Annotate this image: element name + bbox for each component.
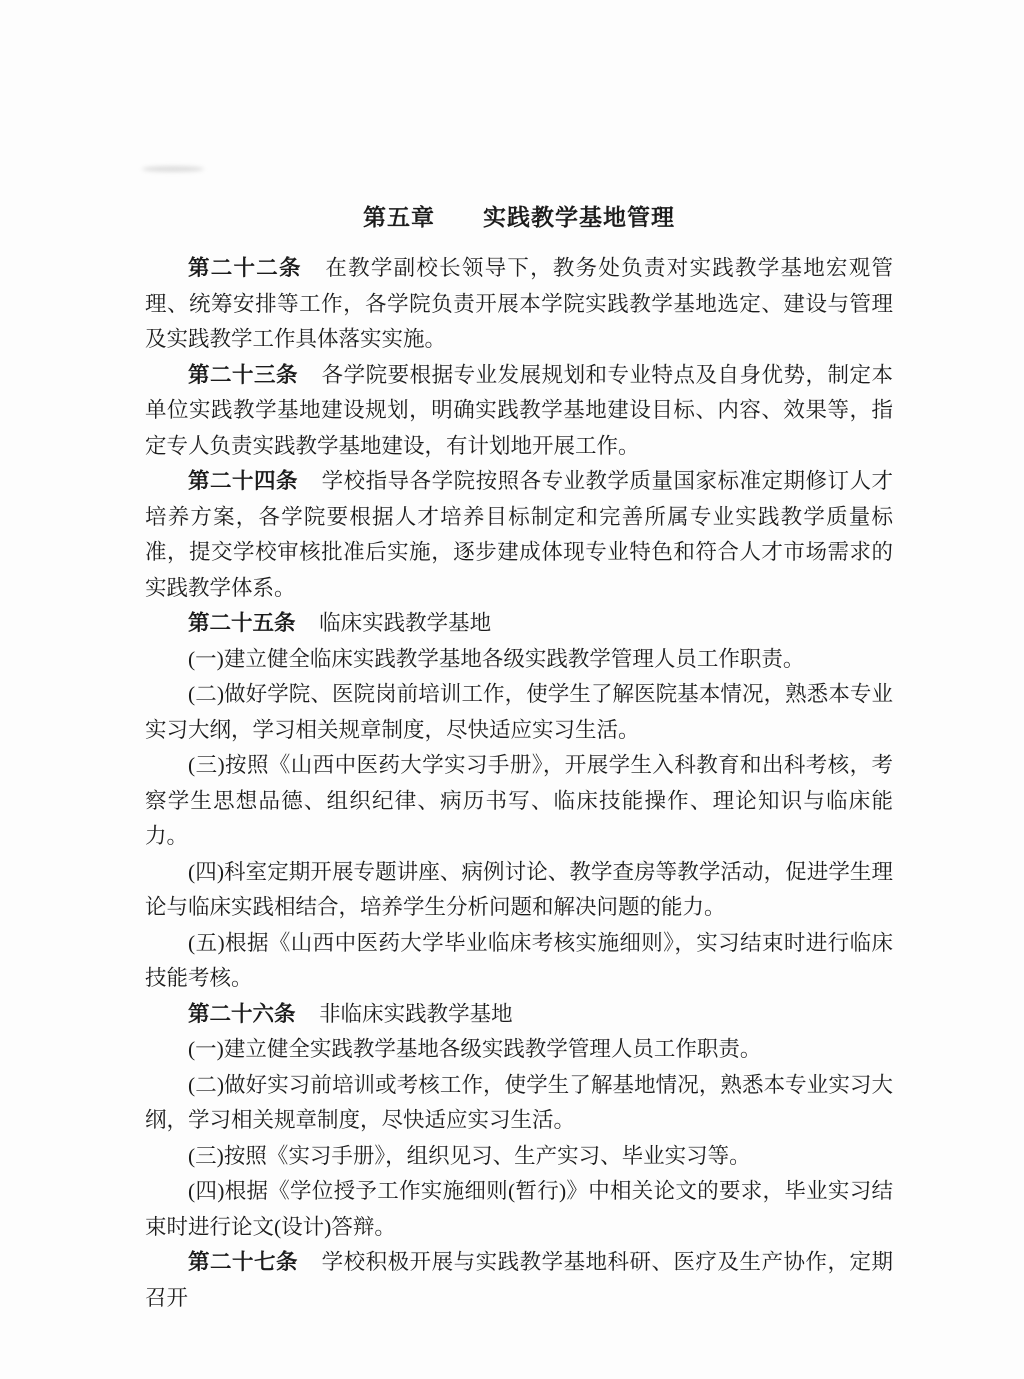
paragraph-13: (三)按照《实习手册》，组织见习、生产实习、毕业实习等。 xyxy=(145,1139,893,1175)
scanned-document-page: 第五章 实践教学基地管理 第二十二条在教学副校长领导下，教务处负责对实践教学基地… xyxy=(0,0,1024,1379)
paragraph-text: (一)建立健全临床实践教学基地各级实践教学管理人员工作职责。 xyxy=(188,647,804,671)
paragraph-5: (一)建立健全临床实践教学基地各级实践教学管理人员工作职责。 xyxy=(145,642,893,678)
document-body: 第二十二条在教学副校长领导下，教务处负责对实践教学基地宏观管理、统筹安排等工作，… xyxy=(145,251,893,1316)
paragraph-text: 临床实践教学基地 xyxy=(319,611,491,635)
paragraph-text: (三)按照《实习手册》，组织见习、生产实习、毕业实习等。 xyxy=(188,1144,751,1168)
paragraph-8: (四)科室定期开展专题讲座、病例讨论、教学查房等教学活动，促进学生理论与临床实践… xyxy=(145,855,893,926)
paragraph-11: (一)建立健全实践教学基地各级实践教学管理人员工作职责。 xyxy=(145,1032,893,1068)
paragraph-7: (三)按照《山西中医药大学实习手册》，开展学生入科教育和出科考核，考察学生思想品… xyxy=(145,748,893,855)
paragraph-6: (二)做好学院、医院岗前培训工作，使学生了解医院基本情况，熟悉本专业实习大纲，学… xyxy=(145,677,893,748)
article-number: 第二十四条 xyxy=(188,469,298,493)
scan-smudge-artifact xyxy=(142,166,204,172)
document-content: 第五章 实践教学基地管理 第二十二条在教学副校长领导下，教务处负责对实践教学基地… xyxy=(145,200,893,1316)
paragraph-1: 第二十二条在教学副校长领导下，教务处负责对实践教学基地宏观管理、统筹安排等工作，… xyxy=(145,251,893,358)
paragraph-15: 第二十七条学校积极开展与实践教学基地科研、医疗及生产协作，定期召开 xyxy=(145,1245,893,1316)
paragraph-2: 第二十三条各学院要根据专业发展规划和专业特点及自身优势，制定本单位实践教学基地建… xyxy=(145,358,893,465)
paragraph-9: (五)根据《山西中医药大学毕业临床考核实施细则》，实习结束时进行临床技能考核。 xyxy=(145,926,893,997)
paragraph-text: (一)建立健全实践教学基地各级实践教学管理人员工作职责。 xyxy=(188,1037,761,1061)
paragraph-text: (二)做好实习前培训或考核工作，使学生了解基地情况，熟悉本专业实习大纲，学习相关… xyxy=(145,1073,893,1133)
paragraph-text: (二)做好学院、医院岗前培训工作，使学生了解医院基本情况，熟悉本专业实习大纲，学… xyxy=(145,682,893,742)
article-number: 第二十二条 xyxy=(188,256,302,280)
paragraph-12: (二)做好实习前培训或考核工作，使学生了解基地情况，熟悉本专业实习大纲，学习相关… xyxy=(145,1068,893,1139)
article-number: 第二十七条 xyxy=(188,1250,298,1274)
paragraph-text: (五)根据《山西中医药大学毕业临床考核实施细则》，实习结束时进行临床技能考核。 xyxy=(145,931,893,991)
paragraph-text: (四)科室定期开展专题讲座、病例讨论、教学查房等教学活动，促进学生理论与临床实践… xyxy=(145,860,893,920)
paragraph-text: (三)按照《山西中医药大学实习手册》，开展学生入科教育和出科考核，考察学生思想品… xyxy=(145,753,893,848)
paragraph-4: 第二十五条临床实践教学基地 xyxy=(145,606,893,642)
paragraph-3: 第二十四条学校指导各学院按照各专业教学质量国家标准定期修订人才培养方案，各学院要… xyxy=(145,464,893,606)
paragraph-text: (四)根据《学位授予工作实施细则(暂行)》中相关论文的要求，毕业实习结束时进行论… xyxy=(145,1179,893,1239)
paragraph-text: 非临床实践教学基地 xyxy=(319,1002,513,1026)
paragraph-14: (四)根据《学位授予工作实施细则(暂行)》中相关论文的要求，毕业实习结束时进行论… xyxy=(145,1174,893,1245)
article-number: 第二十六条 xyxy=(188,1002,296,1026)
article-number: 第二十三条 xyxy=(188,363,298,387)
article-number: 第二十五条 xyxy=(188,611,296,635)
paragraph-10: 第二十六条非临床实践教学基地 xyxy=(145,997,893,1033)
chapter-title: 第五章 实践教学基地管理 xyxy=(145,200,893,235)
